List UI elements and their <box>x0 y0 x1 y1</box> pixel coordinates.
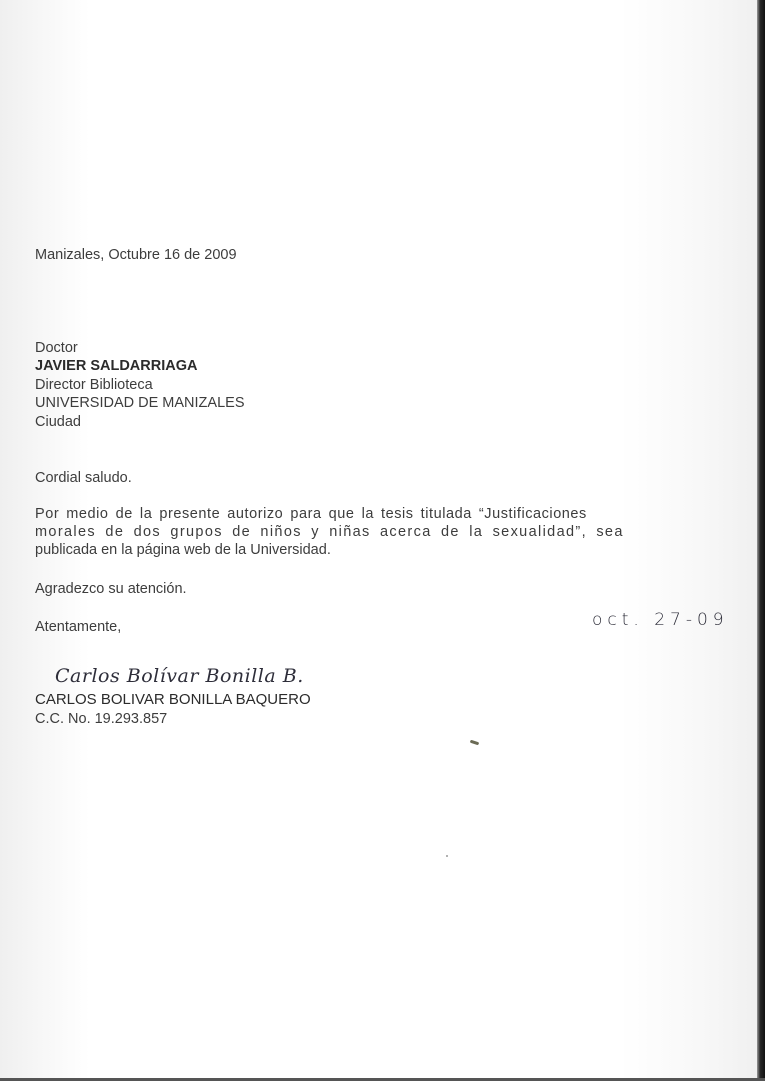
recipient-city: Ciudad <box>35 413 81 431</box>
scan-speck <box>446 855 448 857</box>
recipient-institution: UNIVERSIDAD DE MANIZALES <box>35 394 245 412</box>
recipient-position: Director Biblioteca <box>35 376 153 394</box>
recipient-title: Doctor <box>35 339 78 357</box>
handwritten-date: oct. 27-09 <box>592 610 729 630</box>
scan-right-border <box>757 0 765 1081</box>
signer-name: CARLOS BOLIVAR BONILLA BAQUERO <box>35 691 311 709</box>
body-line: morales de dos grupos de niños y niñas a… <box>35 523 627 541</box>
closing-line: Atentamente, <box>35 618 121 636</box>
recipient-name: JAVIER SALDARRIAGA <box>35 357 197 375</box>
body-line: publicada en la página web de la Univers… <box>35 541 627 559</box>
place-date: Manizales, Octubre 16 de 2009 <box>35 246 237 264</box>
greeting: Cordial saludo. <box>35 469 132 487</box>
scanned-letter-page: Manizales, Octubre 16 de 2009 Doctor JAV… <box>0 0 757 1078</box>
body-paragraph: Por medio de la presente autorizo para q… <box>35 505 627 559</box>
scan-speck <box>470 740 479 746</box>
body-line: Por medio de la presente autorizo para q… <box>35 505 627 523</box>
thanks-line: Agradezco su atención. <box>35 580 187 598</box>
handwritten-signature: Carlos Bolívar Bonilla B. <box>55 665 304 687</box>
signer-id: C.C. No. 19.293.857 <box>35 710 167 728</box>
